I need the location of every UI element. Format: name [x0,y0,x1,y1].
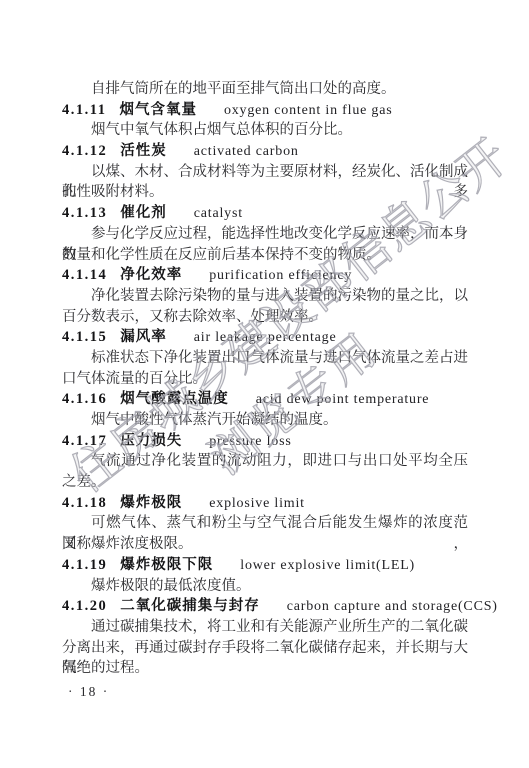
term-english: activated carbon [194,144,299,159]
term-english: explosive limit [209,496,305,511]
term-chinese: 催化剂 [120,205,167,221]
term-heading: 4.1.14净化效率purification efficiency [62,265,468,286]
term-chinese: 压力损失 [120,433,182,449]
term-chinese: 爆炸极限下限 [120,557,213,573]
scanned-standard-page: 住房城乡建设部信息公开 浏览专用 自排气筒所在的地平面至排气筒出口处的高度。4.… [0,0,529,768]
term-number: 4.1.11 [62,102,106,118]
body-line: 净化装置去除污染物的量与进入装置的污染物的量之比，以 [62,286,468,307]
body-line: 自排气筒所在的地平面至排气筒出口处的高度。 [62,79,468,100]
term-heading: 4.1.17压力损失pressure loss [62,431,468,452]
term-heading: 4.1.15漏风率air leakage percentage [62,327,468,348]
term-heading: 4.1.19爆炸极限下限lower explosive limit(LEL) [62,555,468,576]
term-number: 4.1.16 [62,391,107,407]
term-english: oxygen content in flue gas [224,103,393,118]
body-line: 标准状态下净化装置出口气体流量与进口气体流量之差占进 [62,348,468,369]
body-line: 以煤、木材、合成材料等为主要原材料，经炭化、活化制成的多 [62,162,468,183]
body-line: 隔绝的过程。 [62,658,468,679]
term-number: 4.1.14 [62,267,107,283]
term-number: 4.1.15 [62,329,107,345]
term-english: pressure loss [209,434,291,449]
body-line: 口气体流量的百分比。 [62,369,468,390]
body-line: 分离出来，再通过碳封存手段将二氧化碳储存起来，并长期与大气 [62,638,468,659]
document-text-block: 自排气筒所在的地平面至排气筒出口处的高度。4.1.11烟气含氧量oxygen c… [62,79,468,679]
term-chinese: 二氧化碳捕集与封存 [120,598,260,614]
term-chinese: 烟气酸露点温度 [120,391,229,407]
term-chinese: 漏风率 [120,329,167,345]
term-chinese: 爆炸极限 [120,495,182,511]
body-line: 之差。 [62,472,468,493]
body-line: 可燃气体、蒸气和粉尘与空气混合后能发生爆炸的浓度范围， [62,513,468,534]
term-chinese: 净化效率 [120,267,182,283]
body-line: 通过碳捕集技术，将工业和有关能源产业所生产的二氧化碳 [62,617,468,638]
term-heading: 4.1.16烟气酸露点温度acid dew point temperature [62,389,468,410]
term-number: 4.1.12 [62,143,107,159]
term-heading: 4.1.11烟气含氧量oxygen content in flue gas [62,100,468,121]
body-line: 爆炸极限的最低浓度值。 [62,576,468,597]
page-number: · 18 · [68,684,109,700]
term-number: 4.1.18 [62,495,107,511]
term-number: 4.1.17 [62,433,107,449]
body-line: 数量和化学性质在反应前后基本保持不变的物质。 [62,245,468,266]
body-line: 气流通过净化装置的流动阻力，即进口与出口处平均全压 [62,451,468,472]
term-number: 4.1.13 [62,205,107,221]
body-line: 烟气中酸性气体蒸汽开始凝结的温度。 [62,410,468,431]
term-heading: 4.1.12活性炭activated carbon [62,141,468,162]
term-english: acid dew point temperature [256,392,430,407]
term-number: 4.1.19 [62,557,107,573]
body-line: 百分数表示，又称去除效率、处理效率。 [62,307,468,328]
term-chinese: 活性炭 [120,143,167,159]
term-chinese: 烟气含氧量 [119,102,197,118]
term-english: air leakage percentage [194,330,337,345]
term-english: catalyst [194,206,243,221]
term-heading: 4.1.13催化剂catalyst [62,203,468,224]
term-english: lower explosive limit(LEL) [240,558,415,573]
body-line: 参与化学反应过程，能选择性地改变化学反应速率，而本身的 [62,224,468,245]
term-heading: 4.1.18爆炸极限explosive limit [62,493,468,514]
body-line: 烟气中氧气体积占烟气总体积的百分比。 [62,120,468,141]
term-number: 4.1.20 [62,598,107,614]
term-english: carbon capture and storage(CCS) [287,599,498,614]
term-heading: 4.1.20二氧化碳捕集与封存carbon capture and storag… [62,596,468,617]
term-english: purification efficiency [209,268,352,283]
